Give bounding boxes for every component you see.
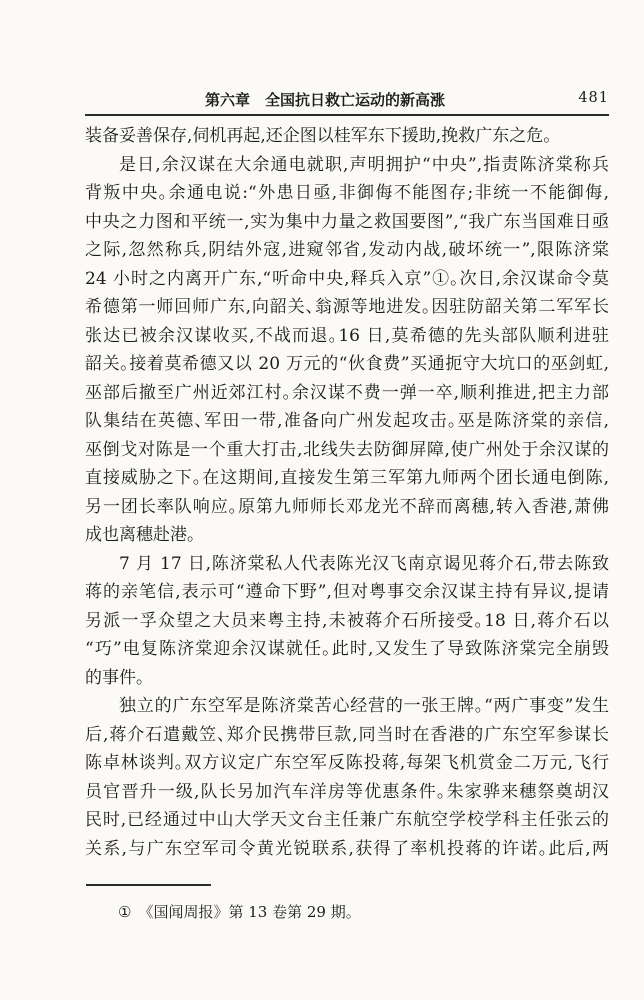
header-rule bbox=[85, 114, 609, 116]
footnote: ①《国闻周报》第 13 卷第 29 期。 bbox=[118, 901, 361, 923]
text-line: 民时,已经通过中山大学天文台主任兼广东航空学校学科主任张云的 bbox=[85, 806, 609, 835]
text-line: 员官晋升一级,队长另加汽车洋房等优惠条件。朱家骅来穗祭奠胡汉 bbox=[85, 778, 609, 807]
text-line: 希德第一师回师广东,向韶关、翁源等地进发。因驻防韶关第二军军长 bbox=[85, 293, 609, 322]
running-header-title: 第六章全国抗日救亡运动的新高涨 bbox=[85, 89, 565, 110]
text-line: 巫倒戈对陈是一个重大打击,北线失去防御屏障,使广州处于余汉谋的 bbox=[85, 436, 609, 465]
footnote-rule bbox=[86, 884, 211, 886]
text-line: 另派一孚众望之大员来粤主持,未被蒋介石所接受。18 日,蒋介石以 bbox=[85, 607, 609, 636]
text-line: 成也离穗赴港。 bbox=[85, 521, 609, 550]
text-line: “巧”电复陈济棠迎余汉谋就任。此时,又发生了导致陈济棠完全崩毁 bbox=[85, 635, 609, 664]
page-number: 481 bbox=[578, 90, 609, 106]
text-line: 蒋的亲笔信,表示可“遵命下野”,但对粤事交余汉谋主持有异议,提请 bbox=[85, 578, 609, 607]
running-header: 第六章全国抗日救亡运动的新高涨 481 bbox=[85, 89, 609, 109]
text-line: 是日,余汉谋在大余通电就职,声明拥护“中央”,指责陈济棠称兵 bbox=[85, 151, 609, 180]
text-line: 张达已被余汉谋收买,不战而退。16 日,莫希德的先头部队顺利进驻 bbox=[85, 322, 609, 351]
text-line: 直接威胁之下。在这期间,直接发生第三军第九师两个团长通电倒陈, bbox=[85, 464, 609, 493]
chapter-title: 全国抗日救亡运动的新高涨 bbox=[265, 91, 445, 109]
text-line: 的事件。 bbox=[85, 664, 609, 693]
text-line: 另一团长率队响应。原第九师师长邓龙光不辞而离穗,转入香港,萧佛 bbox=[85, 493, 609, 522]
text-line: 装备妥善保存,伺机再起,还企图以桂军东下援助,挽救广东之危。 bbox=[85, 122, 609, 151]
text-line: 韶关。接着莫希德又以 20 万元的“伙食费”买通扼守大坑口的巫剑虹, bbox=[85, 350, 609, 379]
footnote-text: 《国闻周报》第 13 卷第 29 期。 bbox=[138, 903, 360, 921]
text-line: 队集结在英德、军田一带,准备向广州发起攻击。巫是陈济棠的亲信, bbox=[85, 407, 609, 436]
text-line: 中央之力图和平统一,实为集中力量之救国要图”,“我广东当国难日亟 bbox=[85, 208, 609, 237]
text-line: 之际,忽然称兵,阴结外寇,进窥邻省,发动内战,破坏统一”,限陈济棠 bbox=[85, 236, 609, 265]
text-line: 后,蒋介石遣戴笠、郑介民携带巨款,同当时在香港的广东空军参谋长 bbox=[85, 721, 609, 750]
text-line: 背叛中央。余通电说:“外患日亟,非御侮不能图存;非统一不能御侮, bbox=[85, 179, 609, 208]
text-line: 关系,与广东空军司令黄光锐联系,获得了率机投蒋的许诺。此后,两 bbox=[85, 835, 609, 864]
text-line: 24 小时之内离开广东,“听命中央,释兵入京”①。次日,余汉谋命令莫 bbox=[85, 265, 609, 294]
chapter-label: 第六章 bbox=[205, 91, 250, 109]
text-line: 陈卓林谈判。双方议定广东空军反陈投蒋,每架飞机赏金二万元,飞行 bbox=[85, 749, 609, 778]
text-line: 7 月 17 日,陈济棠私人代表陈光汉飞南京谒见蒋介石,带去陈致 bbox=[85, 550, 609, 579]
book-page: 第六章全国抗日救亡运动的新高涨 481 装备妥善保存,伺机再起,还企图以桂军东下… bbox=[0, 0, 644, 1000]
text-line: 独立的广东空军是陈济棠苦心经营的一张王牌。“两广事变”发生 bbox=[85, 692, 609, 721]
footnote-marker: ① bbox=[118, 903, 131, 921]
text-line: 巫部后撤至广州近郊江村。余汉谋不费一弹一卒,顺利推进,把主力部 bbox=[85, 379, 609, 408]
body-text: 装备妥善保存,伺机再起,还企图以桂军东下援助,挽救广东之危。是日,余汉谋在大余通… bbox=[85, 122, 609, 863]
